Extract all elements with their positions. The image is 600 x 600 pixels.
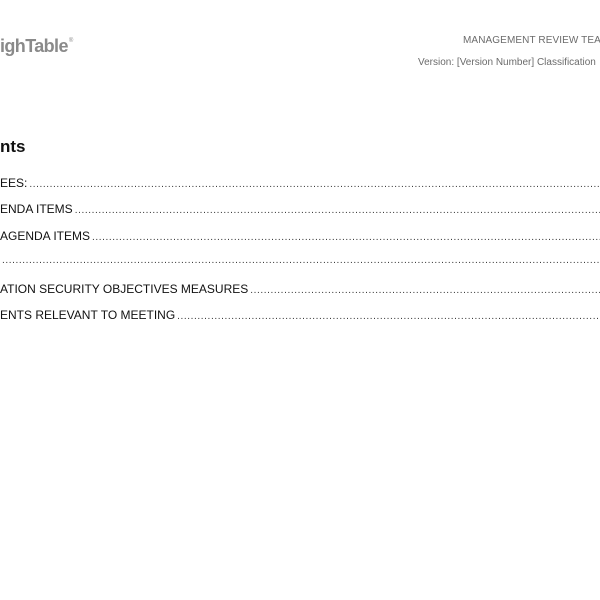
table-of-contents: EES: ENDA ITEMS AGENDA ITEMS ATION SECUR… [0, 176, 600, 334]
toc-entry-security-objectives[interactable]: ATION SECURITY OBJECTIVES MEASURES [0, 282, 600, 308]
toc-entry-documents-relevant[interactable]: ENTS RELEVANT TO MEETING [0, 308, 600, 334]
company-logo: ighTable® [0, 36, 72, 57]
toc-dot-leader [2, 255, 600, 266]
document-title: MANAGEMENT REVIEW TEA [463, 35, 600, 46]
toc-entry-attendees[interactable]: EES: [0, 176, 600, 202]
toc-heading: nts [0, 137, 26, 157]
toc-entry-label: ENTS RELEVANT TO MEETING [0, 308, 177, 322]
toc-dot-leader [75, 205, 600, 216]
toc-entry-label: ATION SECURITY OBJECTIVES MEASURES [0, 282, 250, 296]
toc-entry-label: AGENDA ITEMS [0, 229, 92, 243]
toc-entry-label: ENDA ITEMS [0, 202, 75, 216]
toc-dot-leader [92, 232, 600, 243]
toc-entry-agenda-items[interactable]: ENDA ITEMS [0, 202, 600, 228]
toc-entry-clipped[interactable] [0, 255, 600, 281]
toc-entry-additional-agenda-items[interactable]: AGENDA ITEMS [0, 229, 600, 255]
registered-mark-icon: ® [69, 38, 73, 44]
document-page: ighTable® MANAGEMENT REVIEW TEA Version:… [0, 0, 600, 600]
toc-dot-leader [250, 285, 600, 296]
toc-dot-leader [29, 179, 600, 190]
toc-dot-leader [177, 311, 600, 322]
logo-text: ighTable [0, 36, 68, 56]
document-version-classification: Version: [Version Number] Classification [418, 57, 596, 68]
toc-entry-label: EES: [0, 176, 29, 190]
